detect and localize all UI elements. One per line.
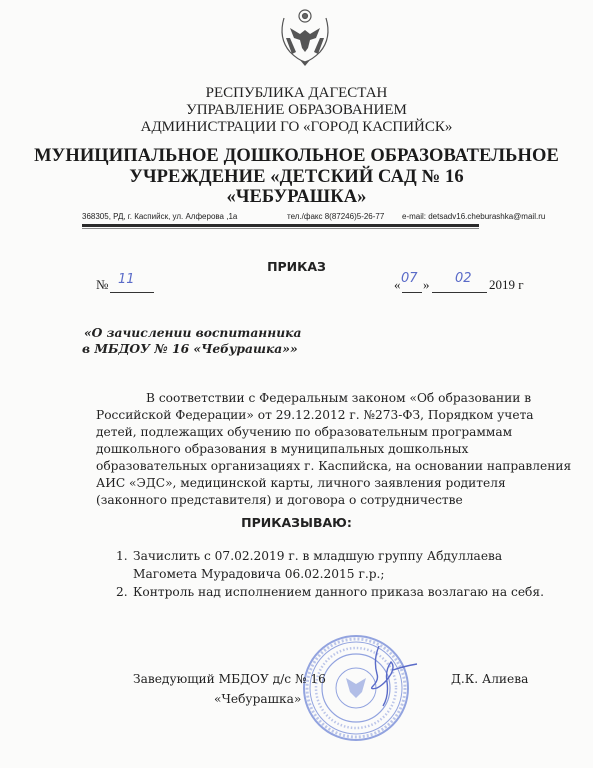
date-close-quote: » <box>423 277 430 293</box>
coat-of-arms-icon <box>270 4 340 68</box>
preamble-line-4: дошкольного образования в муниципальных … <box>96 441 468 458</box>
item-2-number: 2. <box>116 585 128 599</box>
header-divider <box>82 224 479 227</box>
institution-line-2: УЧРЕЖДЕНИЕ «ДЕТСКИЙ САД № 16 <box>0 166 593 188</box>
order-number-underline <box>110 292 154 293</box>
date-day-underline <box>402 292 422 293</box>
date-month-underline <box>432 292 487 293</box>
preamble-line-1: В соответствии с Федеральным законом «Об… <box>146 390 531 407</box>
preamble-line-7: (законного представителя) и договора о с… <box>96 492 463 509</box>
date-month-handwritten: 02 <box>455 271 472 286</box>
administration-line: АДМИНИСТРАЦИИ ГО «ГОРОД КАСПИЙСК» <box>0 118 593 136</box>
signatory-position-line-1: Заведующий МБДОУ д/с № 16 <box>133 672 326 686</box>
order-subject-line-2: в МБДОУ № 16 «Чебурашка»» <box>82 341 298 356</box>
preamble-line-5: образовательных организациях г. Каспийск… <box>96 458 571 475</box>
preamble-line-2: Российской Федерации» от 29.12.2012 г. №… <box>96 407 534 424</box>
directive-heading: ПРИКАЗЫВАЮ: <box>0 515 593 530</box>
signatory-position-line-2: «Чебурашка» <box>214 692 301 706</box>
signatory-name: Д.К. Алиева <box>451 672 528 686</box>
header-divider-thin <box>82 228 479 229</box>
date-day-handwritten: 07 <box>401 271 418 286</box>
date-open-quote: « <box>394 277 401 293</box>
order-number-handwritten: 11 <box>118 272 135 287</box>
preamble-line-6: АИС «ЭДС», медицинской карты, личного за… <box>96 475 506 492</box>
address: 368305, РД, г. Каспийск, ул. Алферова ,1… <box>82 212 237 221</box>
item-2-line-1: Контроль над исполнением данного приказа… <box>133 585 544 599</box>
order-title: ПРИКАЗ <box>0 259 593 274</box>
email: e-mail: detsadv16.cheburashka@mail.ru <box>402 212 545 221</box>
institution-line-3: «ЧЕБУРАШКА» <box>0 186 593 208</box>
order-subject-line-1: «О зачислении воспитанника <box>84 325 301 340</box>
department-line: УПРАВЛЕНИЕ ОБРАЗОВАНИЕМ <box>0 101 593 119</box>
phone: тел./факс 8(87246)5-26-77 <box>287 212 384 221</box>
contact-line: 368305, РД, г. Каспийск, ул. Алферова ,1… <box>82 210 562 224</box>
item-1-line-1: Зачислить с 07.02.2019 г. в младшую груп… <box>133 549 502 563</box>
signature-icon <box>355 640 425 710</box>
preamble-line-3: детей, подлежащих обучению по образовате… <box>96 424 512 441</box>
institution-line-1: МУНИЦИПАЛЬНОЕ ДОШКОЛЬНОЕ ОБРАЗОВАТЕЛЬНОЕ <box>0 145 593 167</box>
republic-line: РЕСПУБЛИКА ДАГЕСТАН <box>0 84 593 102</box>
item-1-line-2: Магомета Мурадовича 06.02.2015 г.р.; <box>133 567 384 581</box>
date-year: 2019 г <box>489 277 524 293</box>
item-1-number: 1. <box>116 549 128 563</box>
order-number-label: № <box>96 277 108 293</box>
